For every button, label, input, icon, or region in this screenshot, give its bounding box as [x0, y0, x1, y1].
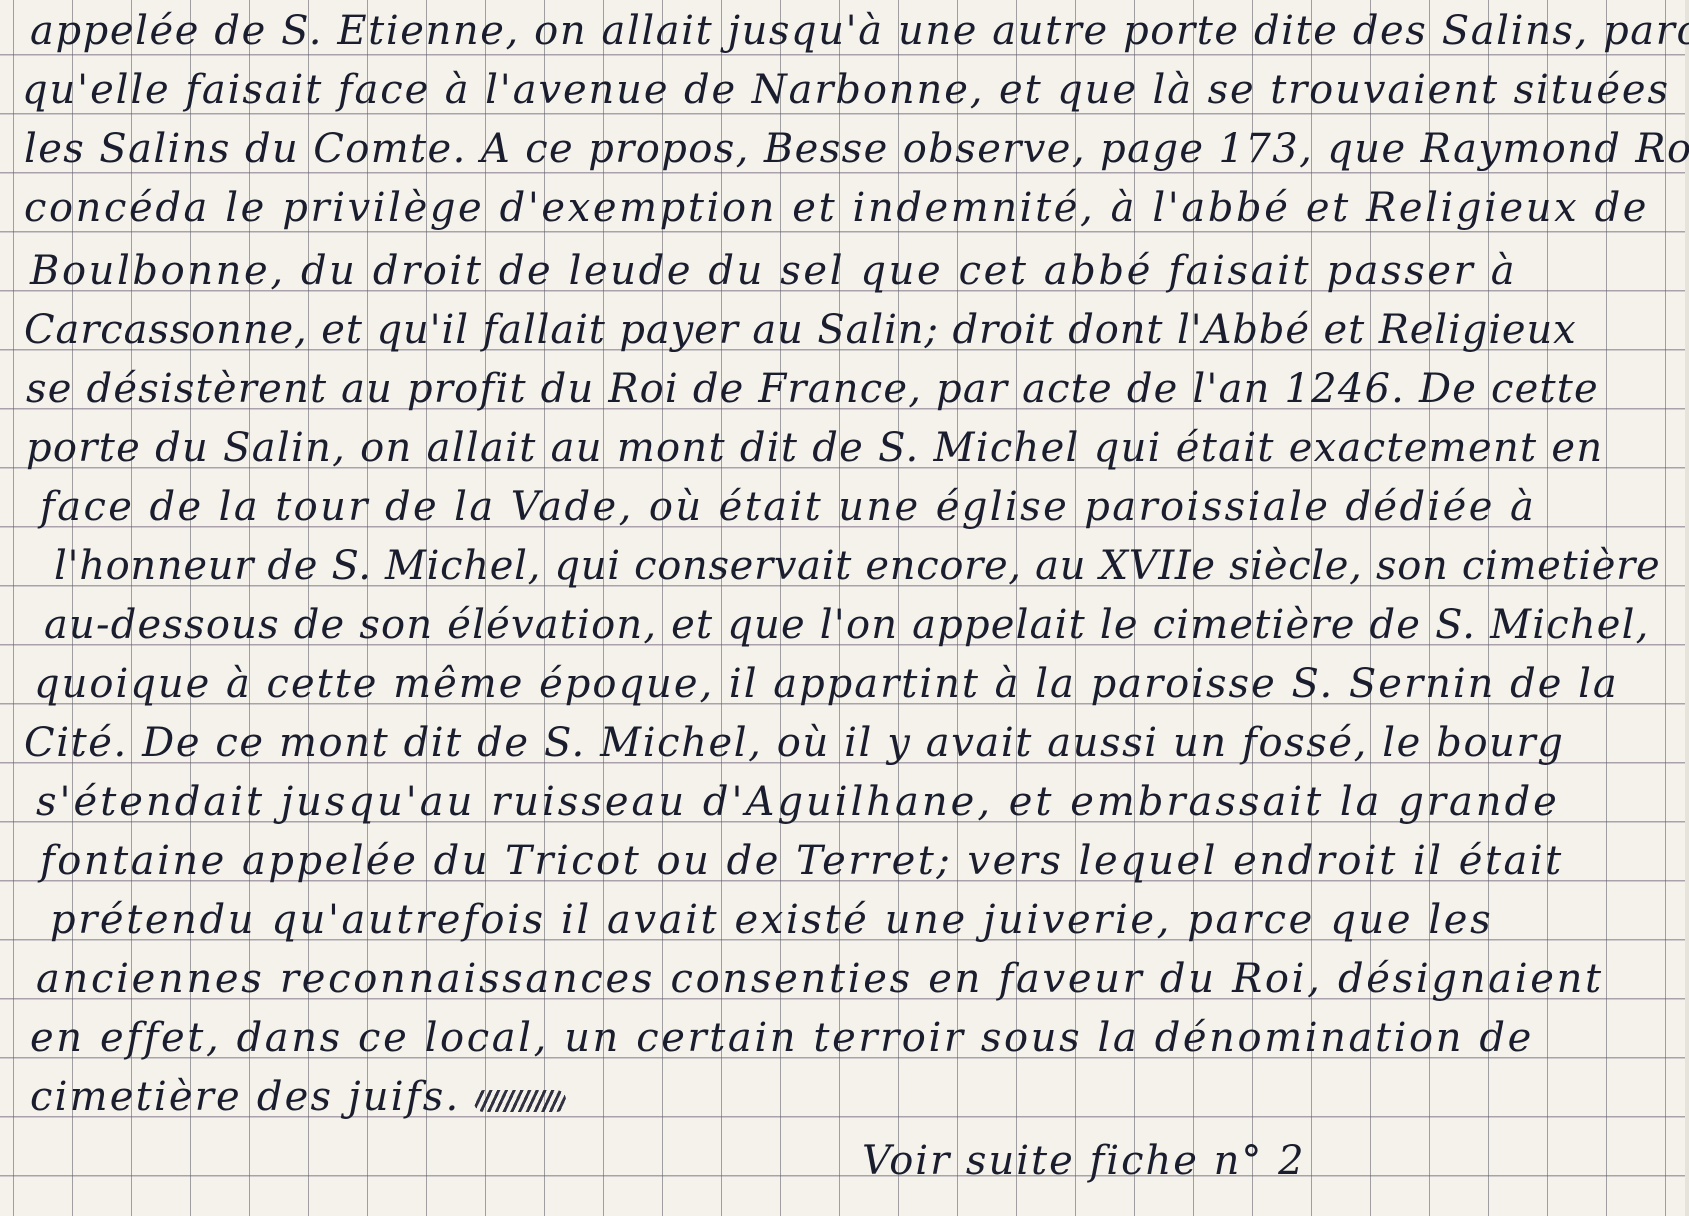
text-line-7: se désistèrent au profit du Roi de Franc… [26, 360, 1599, 419]
graph-paper-sheet: appelée de S. Etienne, on allait jusqu'à… [0, 0, 1689, 1216]
text-line-14: s'étendait jusqu'au ruisseau d'Aguilhane… [36, 773, 1560, 832]
text-line-19: cimetière des juifs. [30, 1068, 566, 1127]
paper-edge [1685, 0, 1689, 1216]
text-line-8: porte du Salin, on allait au mont dit de… [26, 419, 1603, 478]
text-line-9: face de la tour de la Vade, où était une… [40, 478, 1536, 537]
text-line-1: appelée de S. Etienne, on allait jusqu'à… [30, 2, 1689, 61]
text-line-17: anciennes reconnaissances consenties en … [36, 950, 1604, 1009]
text-line-6: Carcassonne, et qu'il fallait payer au S… [24, 301, 1577, 360]
text-line-16: prétendu qu'autrefois il avait existé un… [50, 891, 1493, 950]
strike-scribble [474, 1090, 566, 1112]
text-line-13: Cité. De ce mont dit de S. Michel, où il… [24, 714, 1564, 773]
text-line-5: Boulbonne, du droit de leude du sel que … [30, 242, 1517, 301]
text-line-19-text: cimetière des juifs. [30, 1068, 460, 1127]
text-line-4: concéda le privilège d'exemption et inde… [24, 179, 1649, 238]
text-line-12: quoique à cette même époque, il appartin… [34, 655, 1619, 714]
text-line-10: l'honneur de S. Michel, qui conservait e… [54, 537, 1660, 596]
text-line-3: les Salins du Comte. A ce propos, Besse … [24, 120, 1689, 179]
text-line-18: en effet, dans ce local, un certain terr… [30, 1009, 1534, 1068]
text-line-2: qu'elle faisait face à l'avenue de Narbo… [22, 61, 1670, 120]
text-line-11: au-dessous de son élévation, et que l'on… [44, 596, 1650, 655]
text-line-15: fontaine appelée du Tricot ou de Terret;… [40, 832, 1564, 891]
continuation-note: Voir suite fiche n° 2 [862, 1132, 1306, 1191]
